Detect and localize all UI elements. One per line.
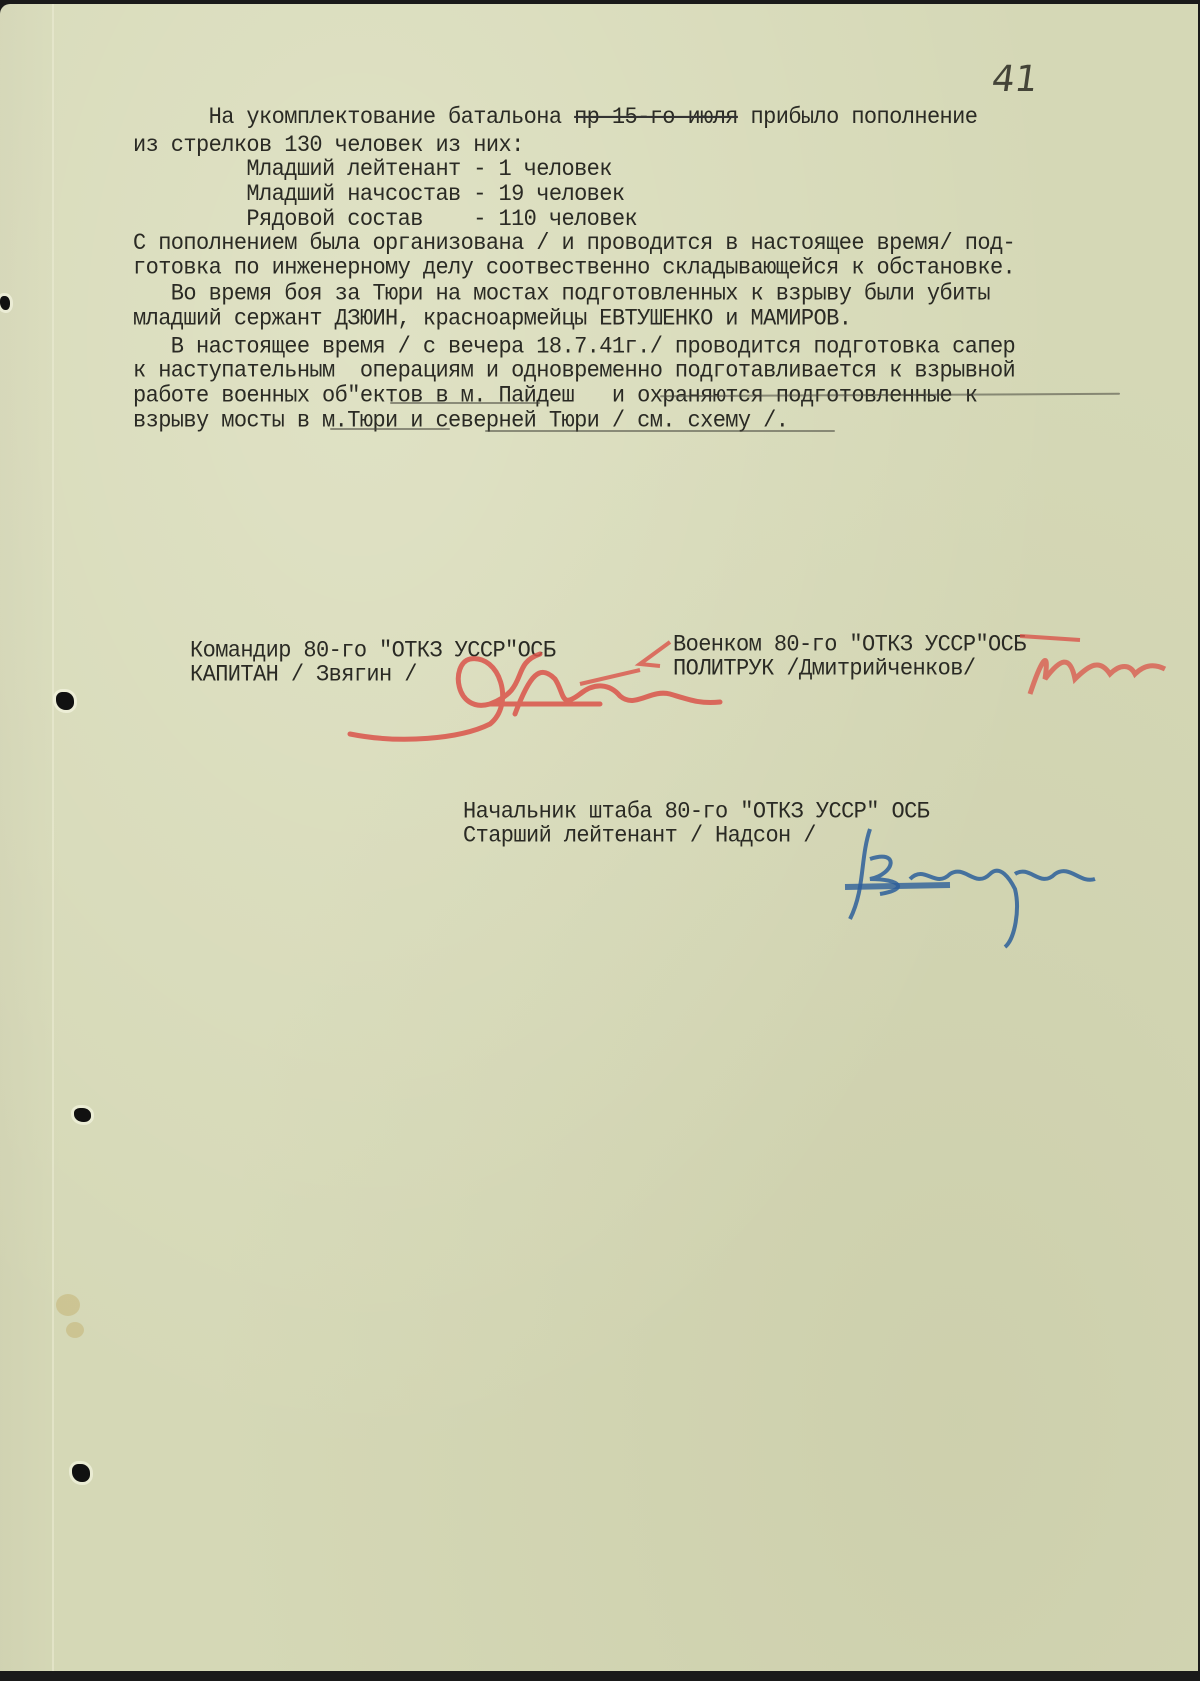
punch-hole — [72, 1464, 90, 1482]
paper-fold-line — [52, 4, 54, 1671]
body-line-5: Рядовой состав - 110 человек — [133, 208, 637, 231]
body-line-3: Младший лейтенант - 1 человек — [133, 158, 612, 181]
pencil-underline — [330, 428, 450, 430]
body-line-4: Младший начсостав - 19 человек — [133, 183, 624, 206]
body-line-1-suffix: прибыло пополнение — [738, 104, 977, 130]
body-line-8: Во время боя за Тюри на мостах подготовл… — [133, 282, 990, 305]
paper-stain — [66, 1322, 84, 1338]
body-line-7: готовка по инженерному делу соотвественн… — [133, 256, 1015, 279]
body-line-6: С пополнением была организована / и пров… — [133, 232, 1015, 255]
page-number: 41 — [989, 59, 1041, 100]
body-line-1: На укомплектование батальона пр 15-го ию… — [133, 106, 977, 129]
body-line-2: из стрелков 130 человек из них: — [133, 134, 524, 157]
chief-of-staff-blue-signature — [840, 819, 1160, 949]
paper-stain — [56, 1294, 80, 1316]
body-line-10: В настоящее время / с вечера 18.7.41г./ … — [133, 335, 1015, 358]
body-line-9: младший сержант ДЗЮИН, красноармейцы ЕВТ… — [133, 307, 851, 330]
body-line-1-prefix: На укомплектование батальона — [133, 104, 574, 130]
pencil-underline — [485, 430, 835, 432]
body-line-11: к наступательным операциям и одновременн… — [133, 359, 1015, 382]
punch-hole — [56, 692, 74, 710]
commissar-red-signature — [620, 624, 1180, 704]
pencil-underline — [390, 402, 540, 404]
struck-date: пр 15-го июля — [574, 104, 738, 130]
punch-hole — [0, 296, 10, 310]
punch-hole — [74, 1108, 91, 1122]
chief-of-staff-name: Старший лейтенант / Надсон / — [463, 824, 816, 847]
document-page: 41 На укомплектование батальона пр 15-го… — [0, 4, 1198, 1671]
